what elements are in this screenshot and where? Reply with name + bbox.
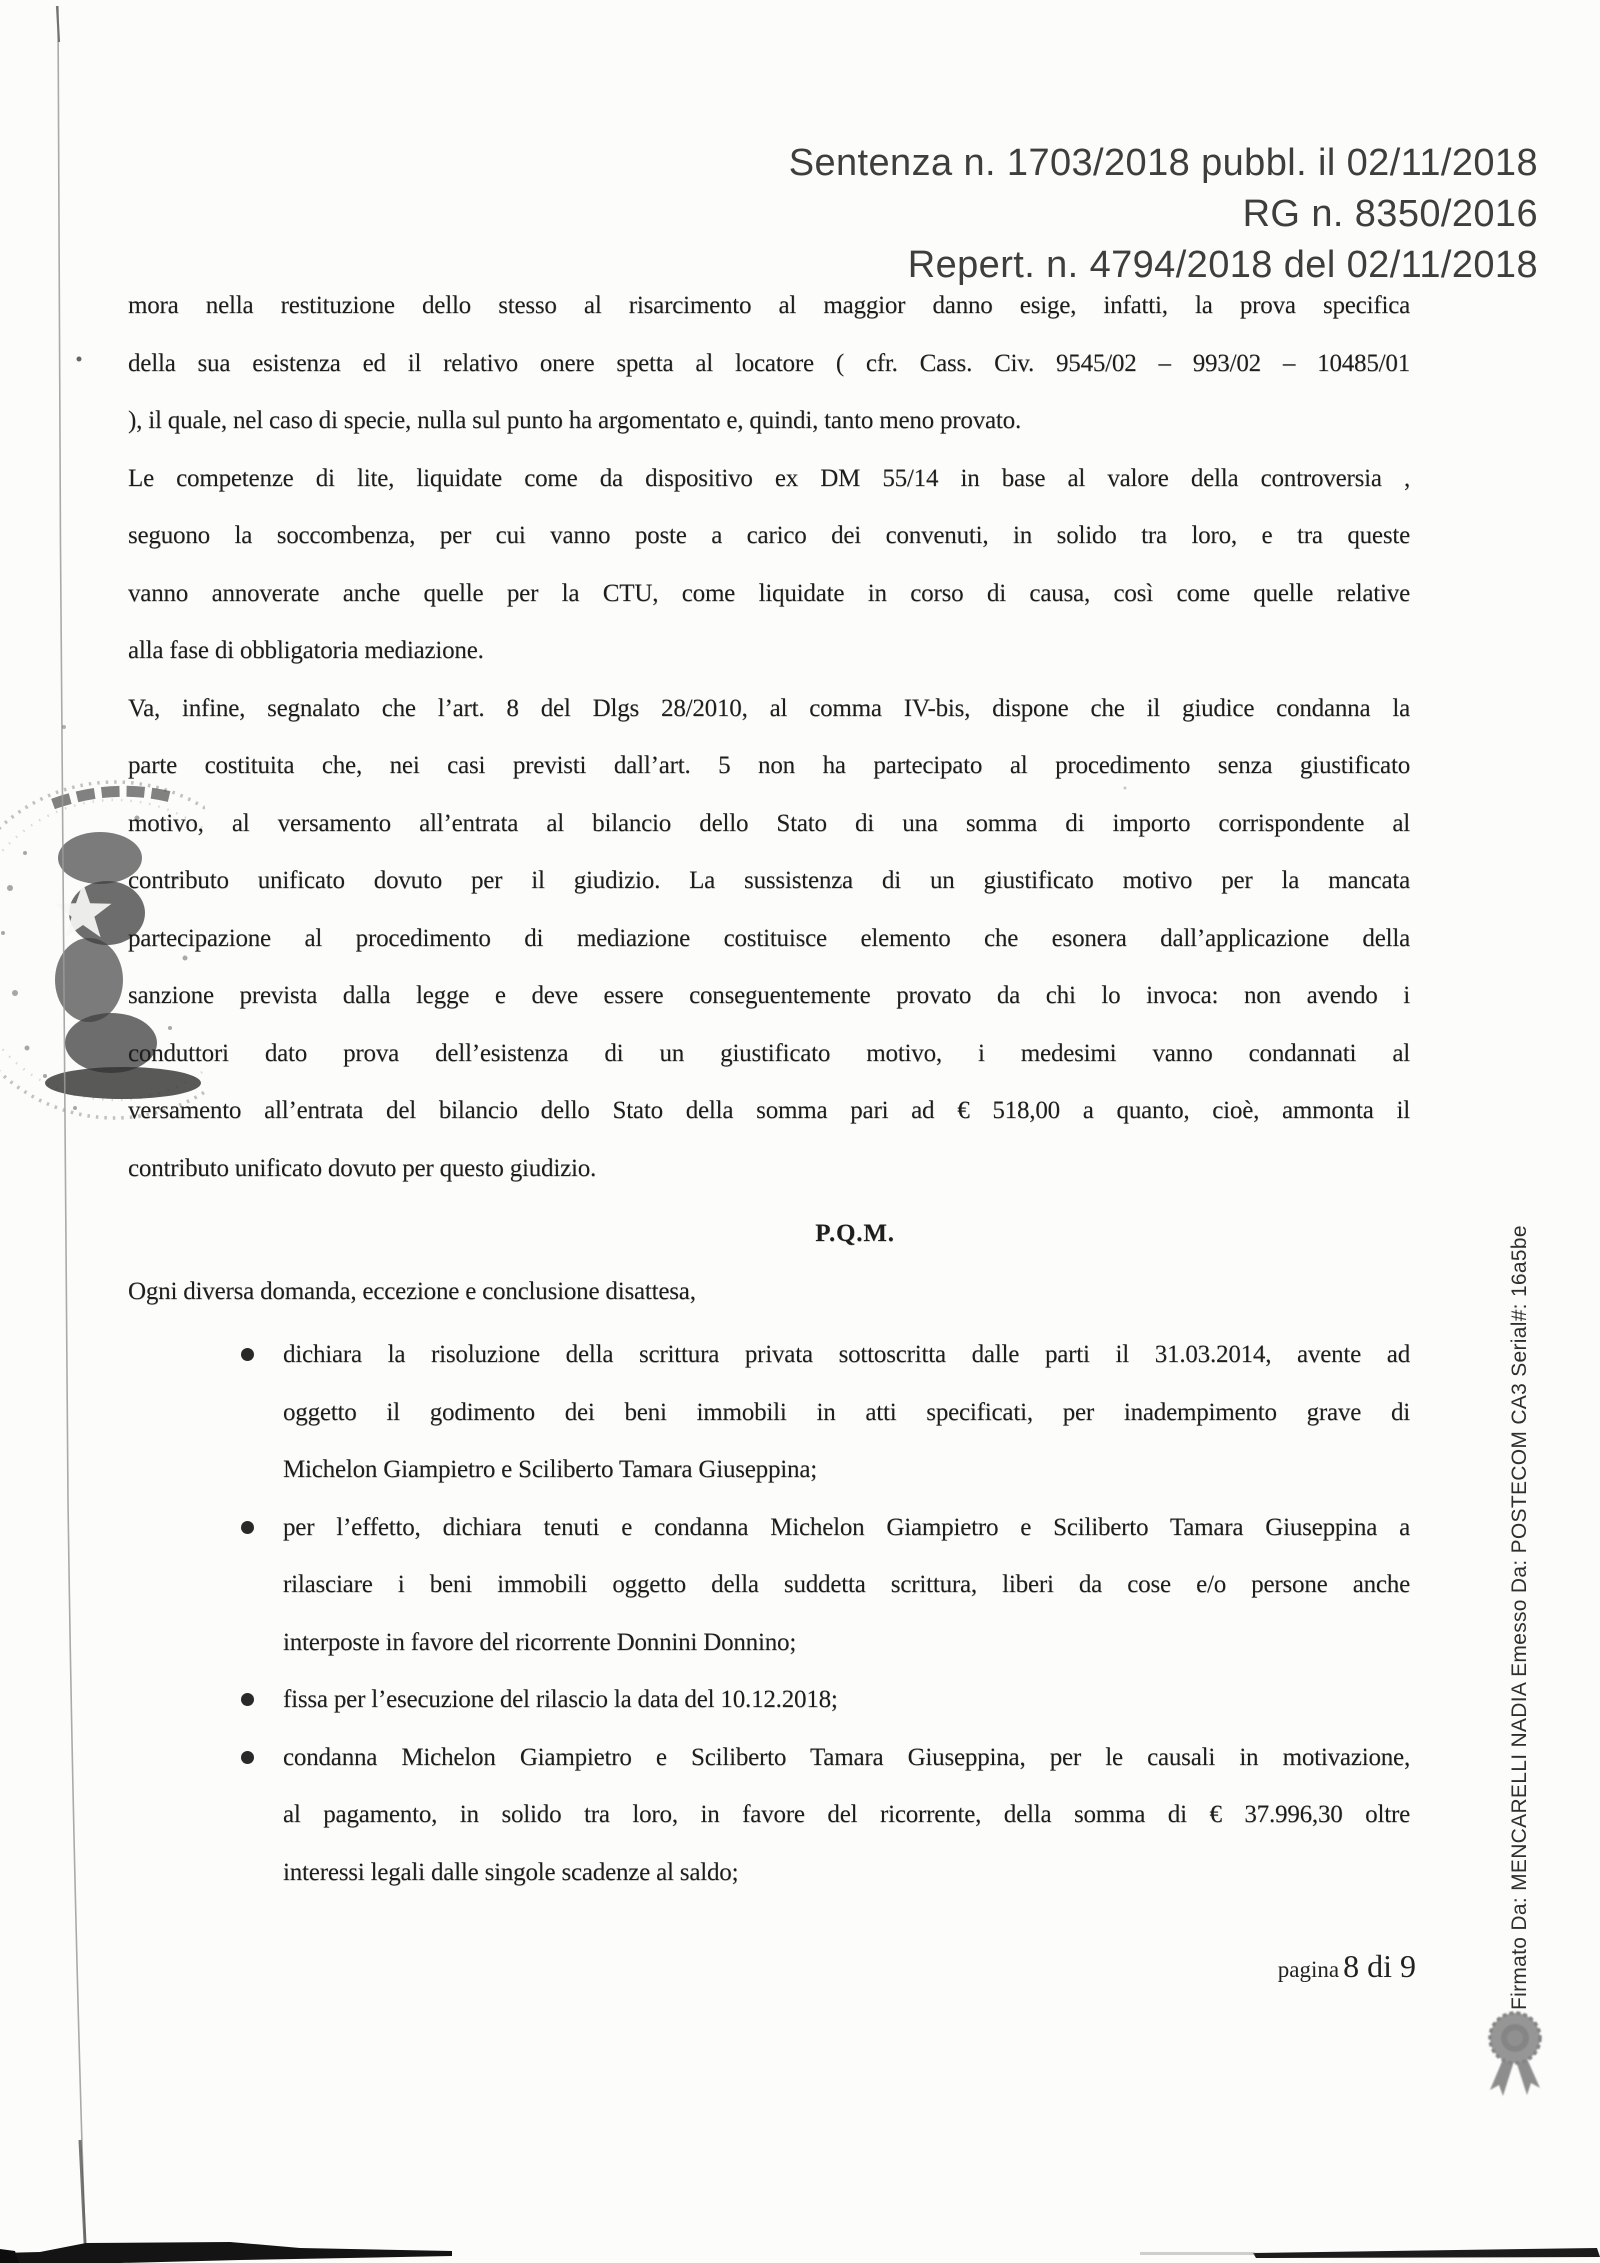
- body-line: partecipazione al procedimento di mediaz…: [128, 910, 1410, 968]
- bullet-dot: [241, 1348, 254, 1361]
- body-line: contributo unificato dovuto per questo g…: [128, 1140, 1410, 1198]
- ribbon-rosette-seal-icon: [1482, 2008, 1548, 2100]
- body-line: contributo unificato dovuto per il giudi…: [128, 852, 1410, 910]
- list-item-text: condanna Michelon Giampietro e Scilibert…: [283, 1744, 1410, 1771]
- list-item-line: rilasciare i beni immobili oggetto della…: [128, 1556, 1410, 1614]
- document-body: mora nella restituzione dello stesso al …: [128, 277, 1410, 1901]
- list-item-text: per l’effetto, dichiara tenuti e condann…: [283, 1514, 1410, 1541]
- header-sentenza-line: Sentenza n. 1703/2018 pubbl. il 02/11/20…: [789, 138, 1538, 189]
- list-item-text: fissa per l’esecuzione del rilascio la d…: [283, 1686, 838, 1713]
- bottom-right-smear: [1253, 2248, 1600, 2258]
- body-line: parte costituita che, nei casi previsti …: [128, 737, 1410, 795]
- page-number: pagina 8 di 9: [1240, 1948, 1416, 1985]
- list-item-line: oggetto il godimento dei beni immobili i…: [128, 1384, 1410, 1442]
- judgment-header: Sentenza n. 1703/2018 pubbl. il 02/11/20…: [789, 138, 1538, 291]
- scan-speck: [62, 725, 66, 729]
- body-line: Va, infine, segnalato che l’art. 8 del D…: [128, 680, 1410, 738]
- list-item-line: interessi legali dalle singole scadenze …: [128, 1844, 1410, 1902]
- body-line: ), il quale, nel caso di specie, nulla s…: [128, 392, 1410, 450]
- body-line: della sua esistenza ed il relativo onere…: [128, 335, 1410, 393]
- body-line: seguono la soccombenza, per cui vanno po…: [128, 507, 1410, 565]
- body-line: mora nella restituzione dello stesso al …: [128, 277, 1410, 335]
- scanned-document-page: Sentenza n. 1703/2018 pubbl. il 02/11/20…: [0, 0, 1600, 2263]
- digital-signature-text: Firmato Da: MENCARELLI NADIA Emesso Da: …: [1508, 1305, 1532, 2010]
- header-rg-line: RG n. 8350/2016: [789, 189, 1538, 240]
- list-item-line: Michelon Giampietro e Sciliberto Tamara …: [128, 1441, 1410, 1499]
- page-word: pagina: [1278, 1957, 1339, 1982]
- page-fold-line: [58, 6, 86, 2263]
- bullet-dot: [241, 1693, 254, 1706]
- body-line: alla fase di obbligatoria mediazione.: [128, 622, 1410, 680]
- pqm-heading: P.Q.M.: [128, 1205, 1410, 1263]
- bullet-dot: [241, 1521, 254, 1534]
- list-item-line: fissa per l’esecuzione del rilascio la d…: [128, 1671, 1410, 1729]
- body-line: Le competenze di lite, liquidate come da…: [128, 450, 1410, 508]
- body-line: vanno annoverate anche quelle per la CTU…: [128, 565, 1410, 623]
- list-item-text: dichiara la risoluzione della scrittura …: [283, 1341, 1410, 1368]
- body-line: conduttori dato prova dell’esistenza di …: [128, 1025, 1410, 1083]
- list-item-line: dichiara la risoluzione della scrittura …: [128, 1326, 1410, 1384]
- list-item-line: interposte in favore del ricorrente Donn…: [128, 1614, 1410, 1672]
- list-item-line: per l’effetto, dichiara tenuti e condann…: [128, 1499, 1410, 1557]
- body-line: sanzione prevista dalla legge e deve ess…: [128, 967, 1410, 1025]
- body-line: versamento all’entrata del bilancio dell…: [128, 1082, 1410, 1140]
- scan-speck: [77, 357, 82, 362]
- list-item-line: al pagamento, in solido tra loro, in fav…: [128, 1786, 1410, 1844]
- body-line: motivo, al versamento all’entrata al bil…: [128, 795, 1410, 853]
- bullet-dot: [241, 1751, 254, 1764]
- page-info: 8 di 9: [1343, 1948, 1416, 1984]
- pqm-heading-text: P.Q.M.: [815, 1220, 895, 1247]
- list-item-line: condanna Michelon Giampietro e Scilibert…: [128, 1729, 1410, 1787]
- pqm-intro-line: Ogni diversa domanda, eccezione e conclu…: [128, 1263, 1410, 1321]
- bottom-left-smear: [0, 2242, 452, 2263]
